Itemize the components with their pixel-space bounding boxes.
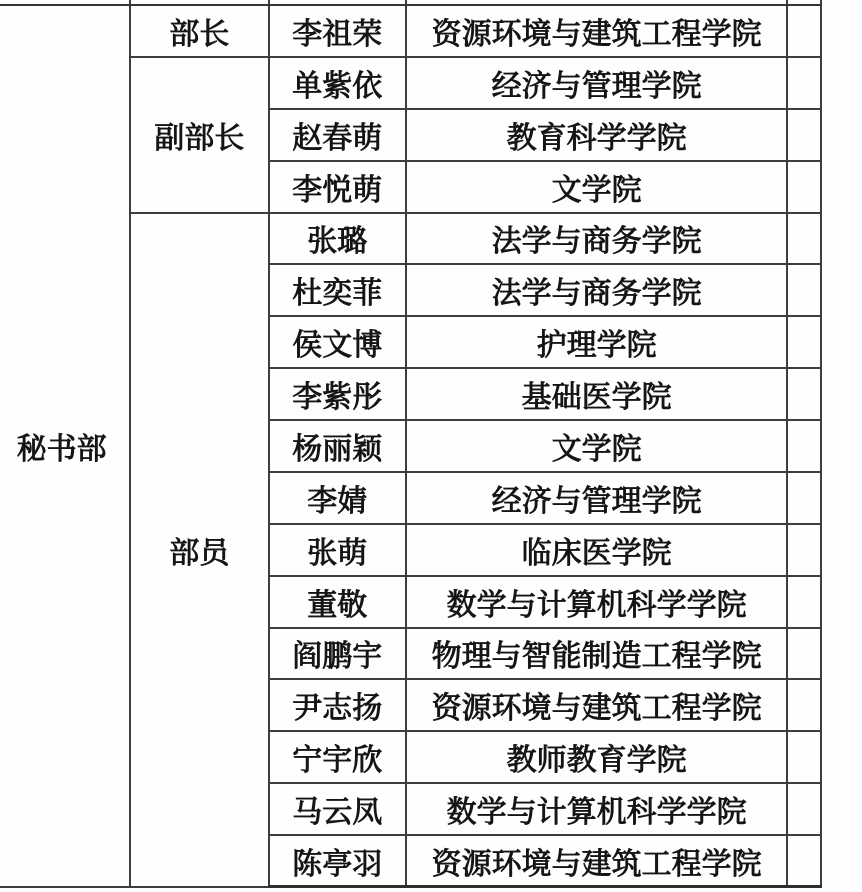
right-edge-sliver-cell xyxy=(787,679,821,731)
position-cell: 部长 xyxy=(130,5,269,57)
member-college: 法学与商务学院 xyxy=(406,213,788,265)
member-name: 马云凤 xyxy=(269,783,406,835)
member-name: 宁宇欣 xyxy=(269,731,406,783)
right-edge-sliver-cell xyxy=(787,731,821,783)
department-cell: 秘书部 xyxy=(0,5,130,887)
member-name: 李悦萌 xyxy=(269,161,406,213)
member-college: 数学与计算机科学学院 xyxy=(406,783,788,835)
member-name: 杜奕菲 xyxy=(269,264,406,316)
member-college: 经济与管理学院 xyxy=(406,472,788,524)
member-college: 经济与管理学院 xyxy=(406,57,788,109)
right-edge-sliver-cell xyxy=(787,472,821,524)
member-college: 教育科学学院 xyxy=(406,109,788,161)
member-name: 李祖荣 xyxy=(269,5,406,57)
right-edge-sliver-cell xyxy=(787,109,821,161)
member-college: 资源环境与建筑工程学院 xyxy=(406,835,788,887)
member-name: 单紫依 xyxy=(269,57,406,109)
right-edge-sliver-cell xyxy=(787,264,821,316)
member-college: 基础医学院 xyxy=(406,368,788,420)
member-college: 文学院 xyxy=(406,420,788,472)
member-college: 教师教育学院 xyxy=(406,731,788,783)
position-cell: 副部长 xyxy=(130,57,269,213)
right-edge-sliver-cell xyxy=(787,835,821,887)
member-college: 法学与商务学院 xyxy=(406,264,788,316)
right-edge-sliver-cell xyxy=(787,5,821,57)
member-college: 数学与计算机科学学院 xyxy=(406,576,788,628)
member-name: 张璐 xyxy=(269,213,406,265)
right-edge-sliver-cell xyxy=(787,576,821,628)
member-college: 临床医学院 xyxy=(406,524,788,576)
right-edge-sliver-cell xyxy=(787,783,821,835)
right-edge-sliver-cell xyxy=(787,628,821,680)
department-roster-table: 秘书部 部长 李祖荣 资源环境与建筑工程学院 副部长 单紫依 经济与管理学院 赵… xyxy=(0,0,822,888)
member-name: 赵春萌 xyxy=(269,109,406,161)
member-name: 侯文博 xyxy=(269,316,406,368)
member-name: 杨丽颖 xyxy=(269,420,406,472)
member-name: 李紫彤 xyxy=(269,368,406,420)
table-row: 秘书部 部长 李祖荣 资源环境与建筑工程学院 xyxy=(0,5,821,57)
right-edge-sliver-cell xyxy=(787,368,821,420)
position-cell: 部员 xyxy=(130,213,269,887)
member-name: 李婧 xyxy=(269,472,406,524)
right-edge-sliver-cell xyxy=(787,161,821,213)
member-college: 文学院 xyxy=(406,161,788,213)
member-college: 物理与智能制造工程学院 xyxy=(406,628,788,680)
member-name: 尹志扬 xyxy=(269,679,406,731)
right-edge-sliver-cell xyxy=(787,57,821,109)
right-edge-sliver-cell xyxy=(787,420,821,472)
member-college: 护理学院 xyxy=(406,316,788,368)
member-name: 董敬 xyxy=(269,576,406,628)
member-name: 张萌 xyxy=(269,524,406,576)
right-edge-sliver-cell xyxy=(787,524,821,576)
member-college: 资源环境与建筑工程学院 xyxy=(406,5,788,57)
document-page: 秘书部 部长 李祖荣 资源环境与建筑工程学院 副部长 单紫依 经济与管理学院 赵… xyxy=(0,0,862,892)
right-edge-sliver-cell xyxy=(787,213,821,265)
member-name: 阎鹏宇 xyxy=(269,628,406,680)
right-edge-sliver-cell xyxy=(787,316,821,368)
member-college: 资源环境与建筑工程学院 xyxy=(406,679,788,731)
member-name: 陈亭羽 xyxy=(269,835,406,887)
